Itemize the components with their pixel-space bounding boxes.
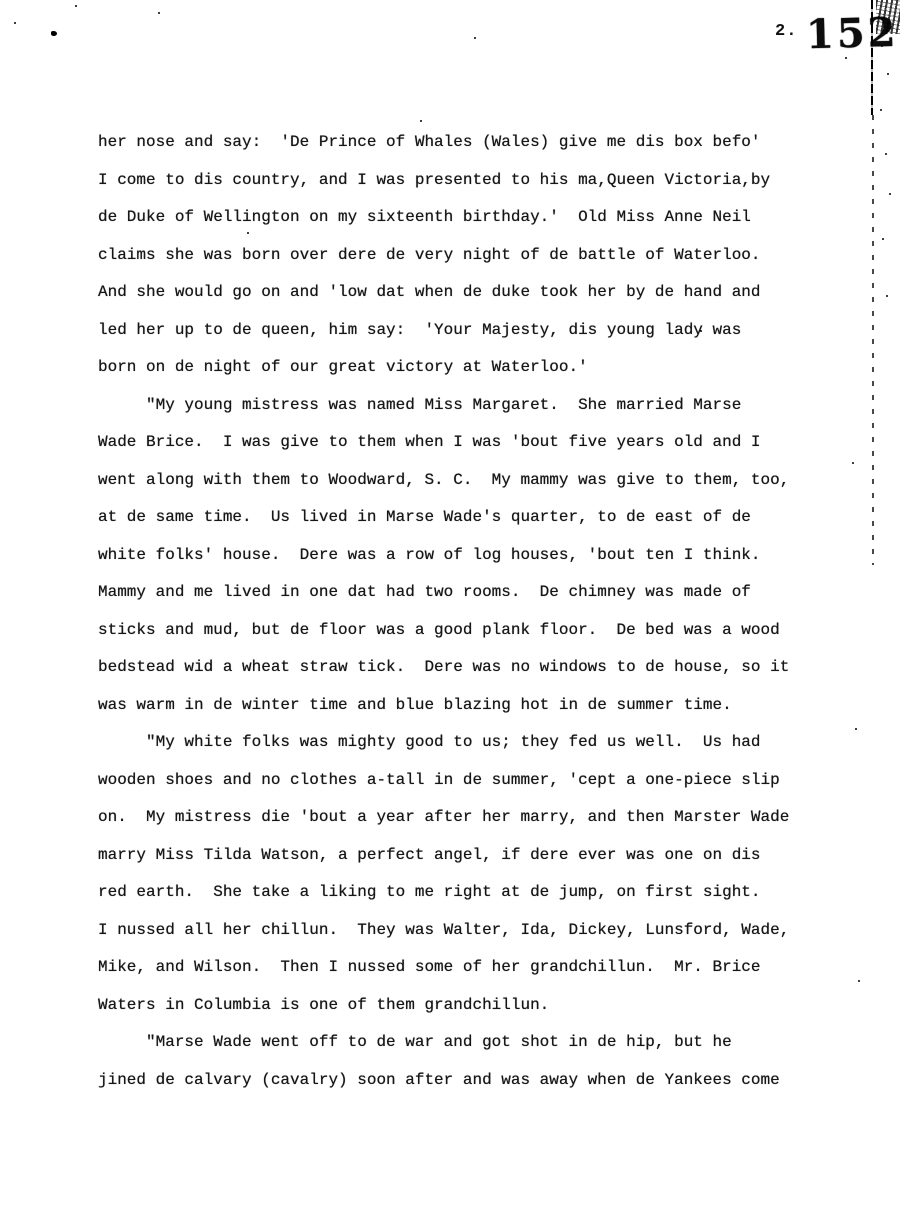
text-line: jined de calvary (cavalry) soon after an… [98,1062,878,1100]
text-line: sticks and mud, but de floor was a good … [98,612,878,650]
text-line: her nose and say: 'De Prince of Whales (… [98,124,878,162]
text-line: on. My mistress die 'bout a year after h… [98,799,878,837]
scan-edge-speckle [878,34,894,334]
text-line: I come to dis country, and I was present… [98,162,878,200]
scan-speck [700,330,702,332]
scan-speck [845,57,847,59]
scan-speck [855,728,857,730]
text-line: "Marse Wade went off to de war and got s… [98,1024,878,1062]
text-line: went along with them to Woodward, S. C. … [98,462,878,500]
text-line: claims she was born over dere de very ni… [98,237,878,275]
scan-speck [51,31,57,36]
scan-edge-line [872,115,874,565]
text-line: bedstead wid a wheat straw tick. Dere wa… [98,649,878,687]
scan-edge-line [871,0,873,115]
text-line: marry Miss Tilda Watson, a perfect angel… [98,837,878,875]
scan-speck [420,120,422,122]
text-line: Mike, and Wilson. Then I nussed some of … [98,949,878,987]
text-line: And she would go on and 'low dat when de… [98,274,878,312]
scan-speck [75,5,77,7]
scan-speck [858,980,860,982]
text-line: led her up to de queen, him say: 'Your M… [98,312,878,350]
scanned-document-page: 2. 152 her nose and say: 'De Prince of W… [0,0,900,1214]
typed-page-number: 2. [775,22,797,41]
scan-speck [247,232,249,234]
text-line: Wade Brice. I was give to them when I wa… [98,424,878,462]
text-line: born on de night of our great victory at… [98,349,878,387]
text-line: was warm in de winter time and blue blaz… [98,687,878,725]
scan-speck [14,22,16,24]
text-line: Waters in Columbia is one of them grandc… [98,987,878,1025]
text-line: white folks' house. Dere was a row of lo… [98,537,878,575]
scan-speck [852,462,854,464]
text-line: de Duke of Wellington on my sixteenth bi… [98,199,878,237]
text-line: at de same time. Us lived in Marse Wade'… [98,499,878,537]
text-line: Mammy and me lived in one dat had two ro… [98,574,878,612]
text-line: red earth. She take a liking to me right… [98,874,878,912]
scan-speck [474,37,476,39]
text-line: I nussed all her chillun. They was Walte… [98,912,878,950]
typewritten-text-block: her nose and say: 'De Prince of Whales (… [98,124,878,1099]
text-line: "My young mistress was named Miss Margar… [98,387,878,425]
text-line: "My white folks was mighty good to us; t… [98,724,878,762]
text-line: wooden shoes and no clothes a-tall in de… [98,762,878,800]
scan-corner-noise [876,0,900,34]
scan-speck [158,12,160,14]
